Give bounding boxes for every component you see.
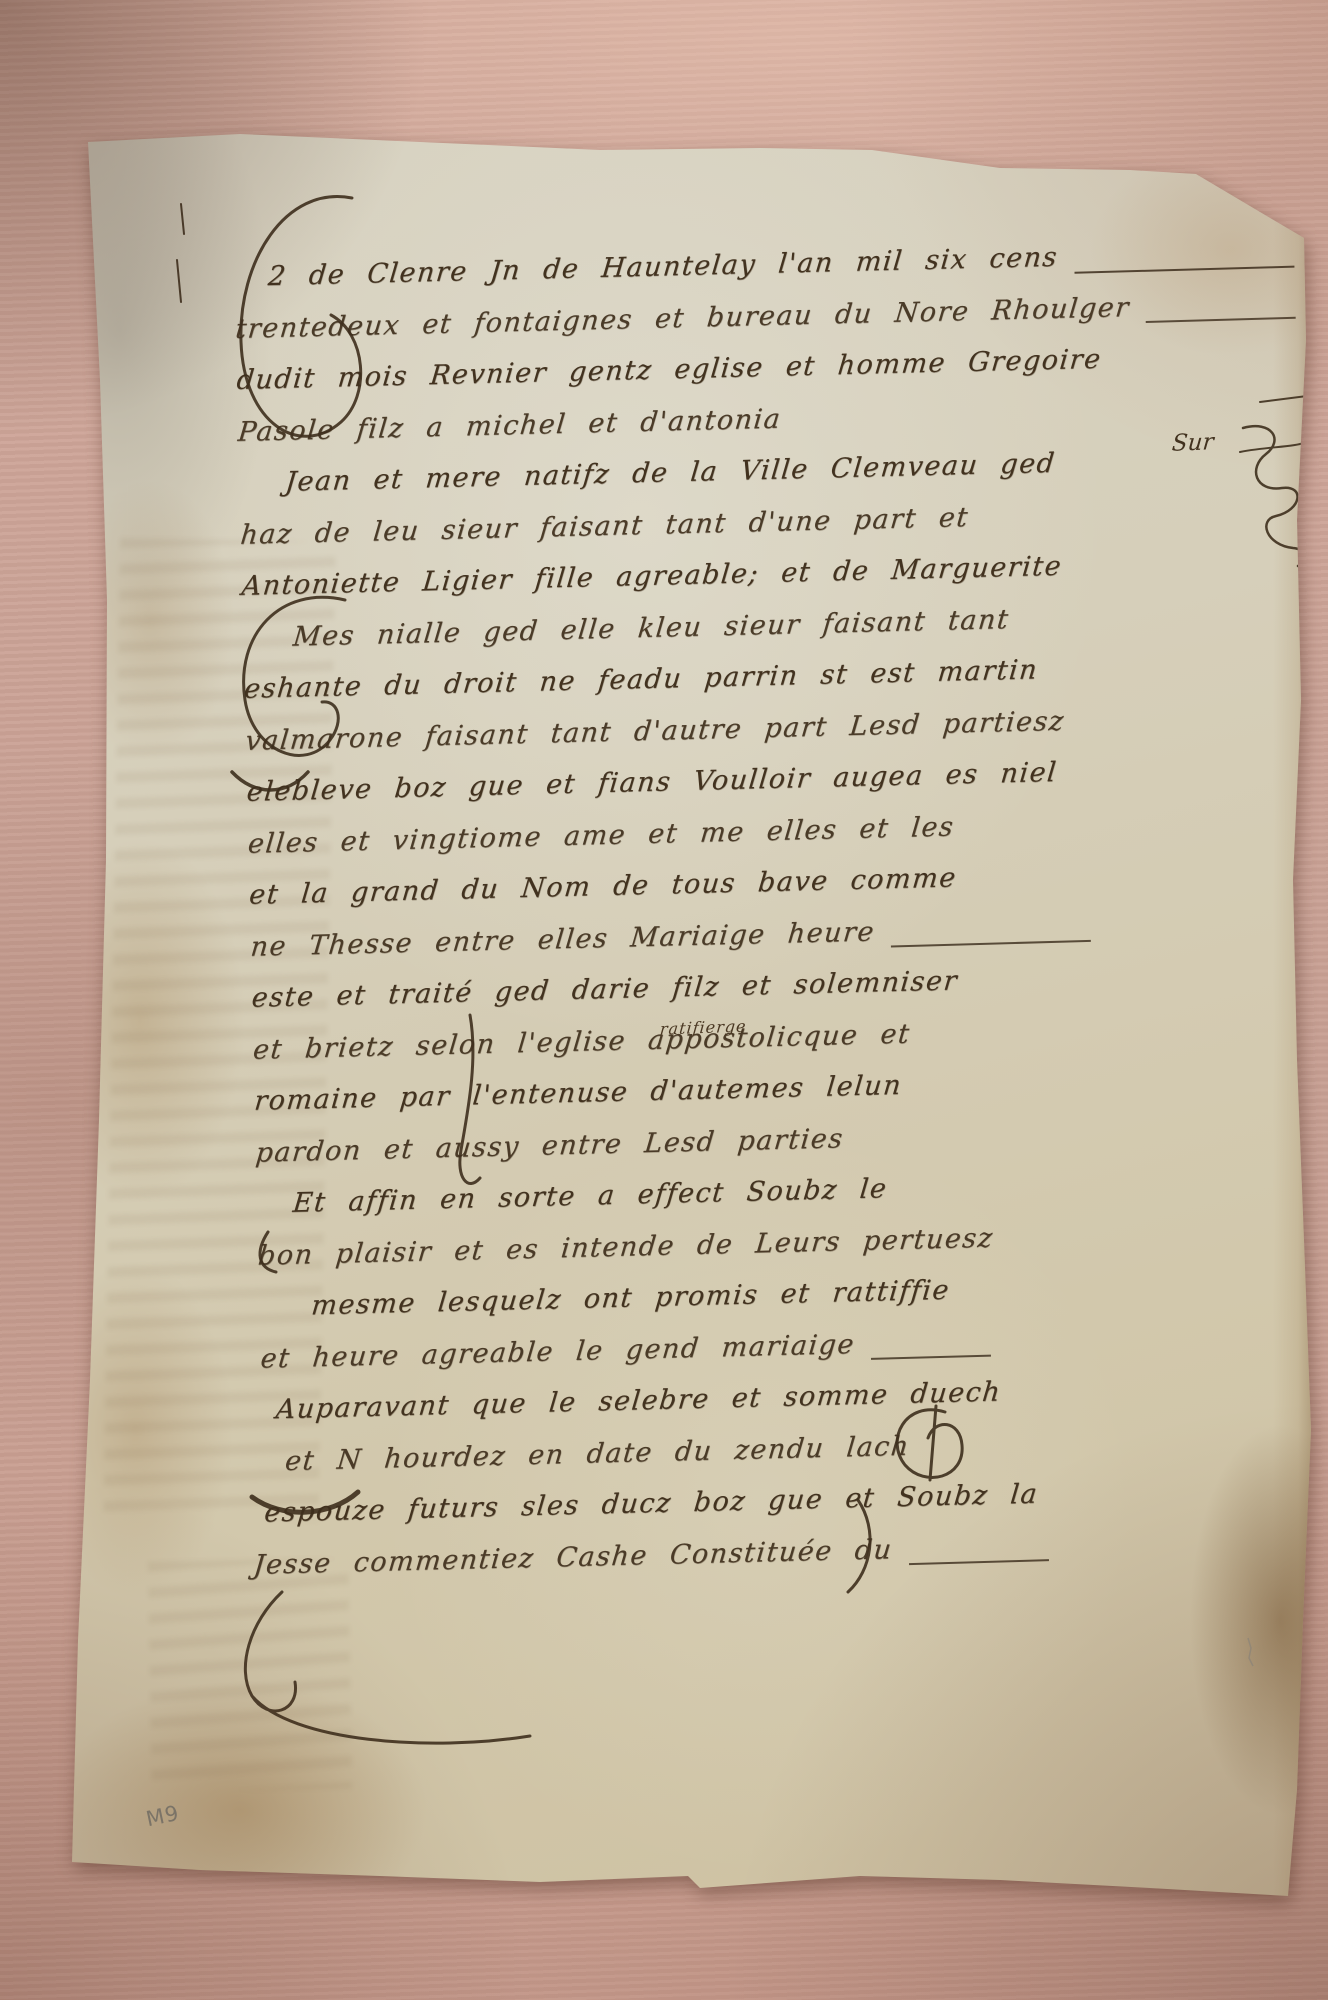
line-filler-stroke <box>871 1355 991 1360</box>
manuscript-page: 2 de Clenre Jn de Hauntelay l'an mil six… <box>0 0 1328 2000</box>
manuscript-line-text: 2 de Clenre Jn de Hauntelay l'an mil six… <box>267 242 1060 292</box>
margin-tick-marks <box>177 204 184 302</box>
line-filler-stroke <box>1074 265 1294 273</box>
marginal-word-sur: Sur <box>1171 429 1215 457</box>
interline-addition-word: ratifierge <box>659 1016 747 1038</box>
line-filler-stroke <box>909 1559 1049 1565</box>
pencil-inventory-mark: M9 <box>144 1801 182 1831</box>
paper-wrap: 2 de Clenre Jn de Hauntelay l'an mil six… <box>0 0 1328 2000</box>
faint-pencil-mark <box>1248 1638 1253 1666</box>
line-filler-stroke <box>1146 317 1296 323</box>
line-filler-stroke <box>891 940 1091 948</box>
photograph-scene: 2 de Clenre Jn de Hauntelay l'an mil six… <box>0 0 1328 2000</box>
manuscript-text-block: 2 de Clenre Jn de Hauntelay l'an mil six… <box>232 236 1326 1601</box>
